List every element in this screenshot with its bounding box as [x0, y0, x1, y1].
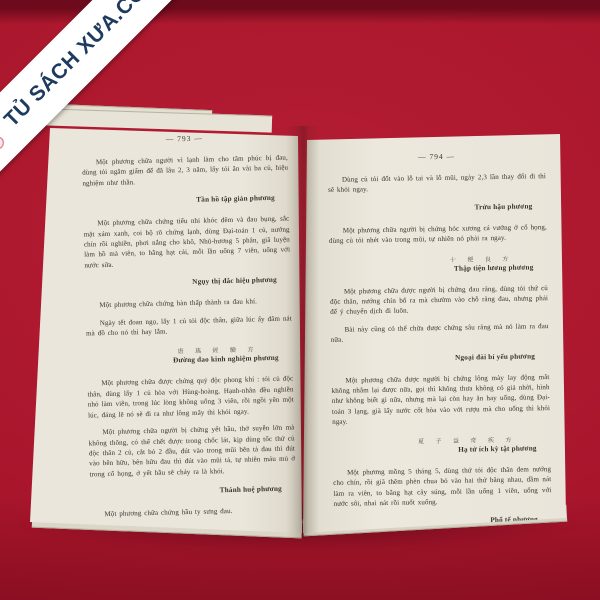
paragraph: Một phương chữa chứng hầu ty sưng đau.	[90, 505, 296, 520]
paragraph: Dùng củ tỏi đốt vào lỗ tai và lỗ mũi, ng…	[328, 171, 546, 196]
left-page-number: — 793 —	[81, 132, 287, 146]
paragraph: Một phương chữa người vì lạnh làm cho tâ…	[82, 153, 289, 189]
right-page-number: — 794 —	[328, 150, 546, 163]
photo-scene: — 793 — Một phương chữa người vì lạnh là…	[0, 0, 600, 600]
left-page-content: — 793 — Một phương chữa người vì lạnh là…	[81, 132, 296, 527]
paragraph: Một phương chữa được người bị chứng đau …	[330, 283, 549, 318]
paragraph: Ngày tết đoan ngọ, lấy 1 củ tỏi độc thân…	[86, 313, 292, 339]
right-page: — 794 — Dùng củ tỏi đốt vào lỗ tai và lỗ…	[303, 124, 569, 542]
left-page-text: Một phương chữa người vì lạnh làm cho tâ…	[82, 153, 297, 520]
source-title-heading: Thánh huệ phương	[90, 485, 296, 498]
right-page-text: Dùng củ tỏi đốt vào lỗ tai và lỗ mũi, ng…	[328, 171, 553, 549]
paragraph: Một phương chữa chứng tiểu nhi khóc đêm …	[83, 214, 290, 271]
paragraph: Một phương chữa được chứng quỷ độc phong…	[87, 374, 294, 421]
left-page: — 793 — Một phương chữa người vì lạnh là…	[30, 118, 304, 542]
paragraph: Một phương chữa người bị chứng hóc xương…	[329, 222, 547, 247]
source-title-heading: Tần hồ tập giản phương	[83, 194, 289, 207]
source-title-heading: Ngoại đài bí yếu phương	[331, 352, 549, 364]
paragraph: Một phương chữa người bị chứng yết hầu, …	[88, 423, 295, 480]
source-title-heading: Ngụy thị đắc hiệu phương	[85, 276, 291, 289]
right-page-content: — 794 — Dùng củ tỏi đốt vào lỗ tai và lỗ…	[328, 150, 553, 556]
paragraph: Bài này cũng có thể chữa được chứng sâu …	[330, 321, 548, 346]
source-title-heading: Trửu hậu phương	[328, 202, 546, 214]
paragraph: Một phương chữa được người bị chứng lông…	[331, 372, 550, 428]
paragraph: Một phương mồng 5 tháng 5, dùng thứ tỏi …	[333, 464, 552, 509]
paragraph: Một phương chữa chứng hàn thấp thành ra …	[85, 296, 291, 311]
